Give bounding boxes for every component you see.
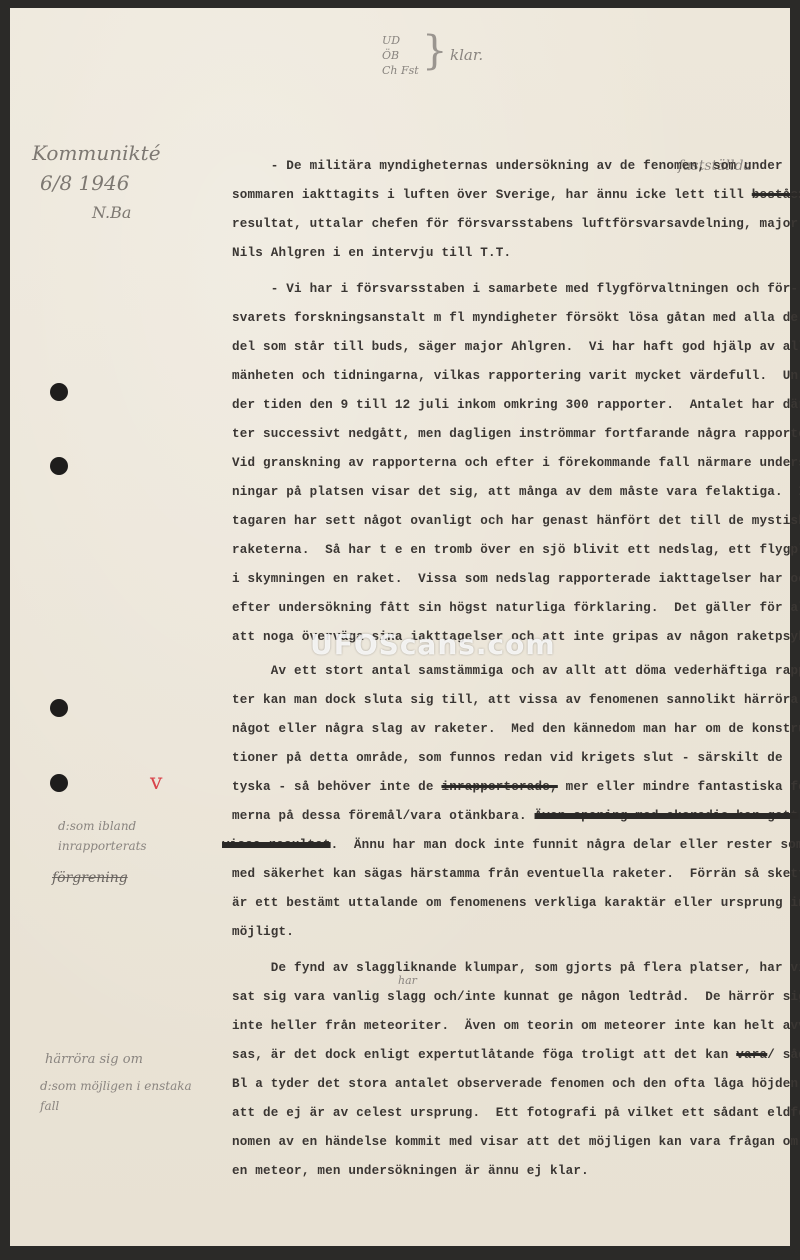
- text-line: är ett bestämt uttalande om fenomenens v…: [232, 897, 800, 910]
- brace-note: klar.: [450, 46, 483, 64]
- text-line: att de ej är av celest ursprung. Ett fot…: [232, 1107, 800, 1120]
- struck-text: inrapporterade,: [441, 780, 557, 794]
- text-line: svarets forskningsanstalt m fl myndighet…: [232, 312, 800, 325]
- text-line: sommaren iakttagits i luften över Sverig…: [232, 189, 800, 202]
- left-header-note: Kommunikté 6/8 1946 N.Ba: [32, 138, 161, 228]
- top-annotation: UD ÖB Ch Fst: [382, 33, 419, 78]
- struck-text: bestående: [752, 188, 800, 202]
- struck-text: vissa resultat: [222, 838, 331, 852]
- text-line: Av ett stort antal samstämmiga och av al…: [232, 665, 800, 678]
- text-line: mänheten och tidningarna, vilkas rapport…: [232, 370, 800, 383]
- text-line: merna på dessa föremål/vara otänkbara. Ä…: [232, 810, 798, 823]
- annotation-line: UD: [382, 33, 419, 48]
- punch-hole: [50, 457, 68, 475]
- text-span: sommaren iakttagits i luften över Sverig…: [232, 188, 752, 202]
- annotation-line: Ch Fst: [382, 63, 419, 78]
- text-line: raketerna. Så har t e en tromb över en s…: [232, 544, 800, 557]
- text-line: inte heller från meteoriter. Även om teo…: [232, 1020, 800, 1033]
- text-line: - Vi har i försvarsstaben i samarbete me…: [232, 283, 798, 296]
- note-line: Kommunikté: [32, 138, 161, 168]
- text-line: Nils Ahlgren i en intervju till T.T.: [232, 247, 511, 260]
- text-line: del som står till buds, säger major Ahlg…: [232, 341, 800, 354]
- text-line: ningar på platsen visar det sig, att mån…: [232, 486, 800, 499]
- annotation-line: ÖB: [382, 48, 419, 63]
- punch-hole: [50, 699, 68, 717]
- document-page: UD ÖB Ch Fst } klar. Kommunikté 6/8 1946…: [10, 8, 790, 1246]
- margin-note: d:som ibland inrapporterats: [58, 816, 188, 856]
- margin-note: härröra sig om: [45, 1052, 143, 1067]
- text-line: vissa resultat. Ännu har man dock inte f…: [222, 839, 800, 852]
- margin-note: d:som möjligen i enstaka fall: [40, 1076, 210, 1116]
- text-line: något eller några slag av raketer. Med d…: [232, 723, 800, 736]
- red-check-mark: v: [150, 770, 162, 795]
- insertion-note: har: [398, 974, 417, 987]
- text-line: ter successivt nedgått, men dagligen ins…: [232, 428, 800, 441]
- struck-text: Även spaning med ekoradio har gett: [535, 809, 799, 823]
- note-line: N.Ba: [32, 198, 161, 228]
- text-line: med säkerhet kan sägas härstamma från ev…: [232, 868, 800, 881]
- text-line: resultat, uttalar chefen för försvarssta…: [232, 218, 798, 231]
- watermark: UFOScans.com: [310, 628, 556, 661]
- text-line: tioner på detta område, som funnos redan…: [232, 752, 783, 765]
- text-line: Bl a tyder det stora antalet observerade…: [232, 1078, 800, 1091]
- text-line: ter kan man dock sluta sig till, att vis…: [232, 694, 800, 707]
- brace: }: [422, 28, 447, 74]
- text-line: i skymningen en raket. Vissa som nedslag…: [232, 573, 800, 586]
- punch-hole: [50, 383, 68, 401]
- text-line: möjligt.: [232, 926, 294, 939]
- text-line: - De militära myndigheternas undersöknin…: [232, 160, 783, 173]
- text-span: tyska - så behöver inte de: [232, 780, 441, 794]
- text-span: / sådana.: [767, 1048, 800, 1062]
- text-span: merna på dessa föremål/vara otänkbara.: [232, 809, 535, 823]
- text-line: sat sig vara vanlig slagg och/inte kunna…: [232, 991, 800, 1004]
- punch-hole: [50, 774, 68, 792]
- margin-note-struck: förgrening: [52, 870, 128, 886]
- text-line: tyska - så behöver inte de inrapporterad…: [232, 781, 800, 794]
- text-line: efter undersökning fått sin högst naturl…: [232, 602, 800, 615]
- struck-text: vara: [736, 1048, 767, 1062]
- text-line: sas, är det dock enligt expertutlåtande …: [232, 1049, 800, 1062]
- text-line: nomen av en händelse kommit med visar at…: [232, 1136, 798, 1149]
- text-line: en meteor, men undersökningen är ännu ej…: [232, 1165, 589, 1178]
- text-span: . Ännu har man dock inte funnit några de…: [331, 838, 800, 852]
- text-span: mer eller mindre fantastiska for-: [558, 780, 800, 794]
- text-line: der tiden den 9 till 12 juli inkom omkri…: [232, 399, 800, 412]
- text-line: tagaren har sett något ovanligt och har …: [232, 515, 800, 528]
- note-line: 6/8 1946: [32, 168, 161, 198]
- text-line: De fynd av slaggliknande klumpar, som gj…: [232, 962, 800, 975]
- text-line: Vid granskning av rapporterna och efter …: [232, 457, 800, 470]
- text-span: sas, är det dock enligt expertutlåtande …: [232, 1048, 736, 1062]
